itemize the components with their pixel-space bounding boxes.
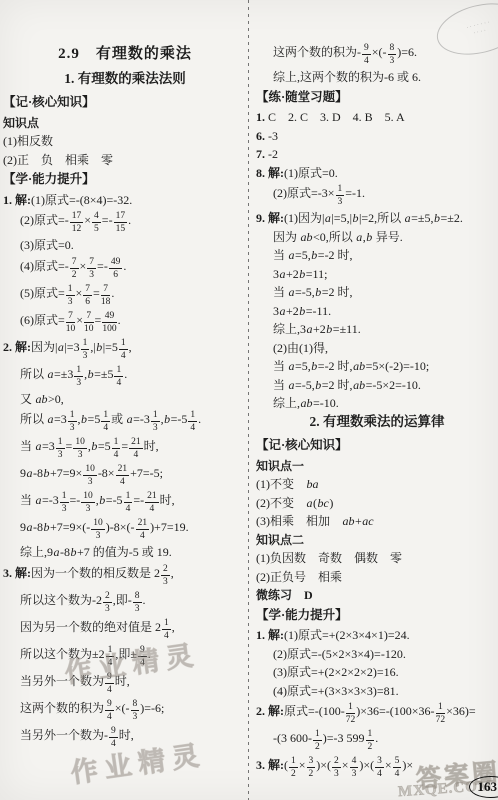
text-line: 1. 解:(1)原式=+(2×3×4×1)=24. — [256, 627, 498, 644]
text-line: (2)正负号 相乘 — [256, 569, 498, 586]
text-line: (5)原式=13×76=718. — [20, 283, 247, 308]
fraction: 214 — [145, 491, 159, 514]
text-line: (2)不变 a(bc) — [256, 495, 498, 512]
column-divider — [248, 0, 249, 800]
fraction: 94 — [109, 726, 118, 749]
text-line: 6. -3 — [256, 128, 498, 145]
text-line: 这两个数的积为94×(-83)=-6; — [20, 698, 247, 723]
item-number: 2. 解: — [256, 704, 284, 718]
fraction: 103 — [81, 491, 95, 514]
text-line: (2)原式=-(5×2×3×4)=-120. — [273, 646, 498, 663]
fraction: 14 — [124, 491, 133, 514]
text-line: 当 a=313=103,b=514=214时, — [20, 436, 247, 461]
fraction: 43 — [350, 756, 359, 779]
text-line: 综上,9a-8b+7 的值为-5 或 19. — [20, 544, 247, 561]
fraction: 13 — [56, 437, 65, 460]
text-line: (4)原式=+(3×3×3×3)=81. — [273, 683, 498, 700]
text-line: (1)不变 ba — [256, 476, 498, 493]
fraction: 72 — [70, 257, 79, 280]
fraction: 83 — [131, 699, 140, 722]
item-number: 3. 解: — [3, 566, 31, 580]
text-line: 当 a=-5,b=2 时, — [273, 284, 498, 301]
fraction: 1715 — [114, 211, 128, 234]
text-line: -(3 600-12)=-3 59912. — [273, 728, 498, 753]
left-column: 2.9 有理数的乘法1. 有理数的乘法法则【记·核心知识】知识点(1)相反数(2… — [3, 0, 247, 752]
text-line: 9. 解:(1)因为|a|=5,|b|=2,所以 a=±5,b=±2. — [256, 210, 498, 227]
text-line: 3a+2b=-11. — [273, 303, 498, 320]
fraction: 23 — [103, 591, 112, 614]
fraction: 214 — [129, 437, 143, 460]
fraction: 12 — [313, 729, 322, 752]
text-line: 【练·随堂习题】 — [256, 89, 498, 106]
text-line: (2)原式=-1712×45=-1715. — [20, 210, 247, 235]
fraction: 13 — [66, 284, 75, 307]
fraction: 94 — [138, 645, 147, 668]
fraction: 14 — [162, 618, 171, 641]
text-line: 2.9 有理数的乘法 — [3, 46, 247, 63]
text-line: 所以这个数为±214,即±94. — [20, 644, 247, 669]
fraction: 172 — [346, 702, 356, 725]
fraction: 94 — [362, 43, 371, 66]
text-line: 1. 有理数的乘法法则 — [3, 71, 247, 88]
text-line: 当另外一个数为-94时, — [20, 725, 247, 750]
text-line: (6)原式=710×710=49100. — [20, 310, 247, 335]
item-number: 1. 解: — [3, 193, 31, 207]
fraction: 496 — [109, 257, 123, 280]
item-number: 1. 解: — [256, 628, 284, 642]
text-line: 当 a=-313=-103,b=-514=-214时, — [20, 490, 247, 515]
text-line: 8. 解:(1)原式=0. — [256, 165, 498, 182]
text-line: (1)负因数 奇数 偶数 零 — [256, 550, 498, 567]
text-line: (2)原式=-3×13=-1. — [273, 183, 498, 208]
fraction: 13 — [68, 410, 77, 433]
fraction: 23 — [332, 756, 341, 779]
item-number: 1. — [256, 110, 268, 124]
fraction: 94 — [105, 672, 114, 695]
text-line: 知识点一 — [256, 458, 498, 475]
text-line: 【学·能力提升】 — [3, 171, 247, 188]
fraction: 76 — [83, 284, 92, 307]
fraction: 103 — [73, 437, 87, 460]
fraction: 214 — [136, 518, 150, 541]
fraction: 710 — [66, 311, 76, 334]
item-number: 2. 解: — [3, 340, 31, 354]
item-number: 6. — [256, 129, 268, 143]
item-number: 3. 解: — [256, 758, 284, 772]
text-line: 当 a=5,b=-2 时,ab=5×(-2)=-10; — [273, 358, 498, 375]
text-line: 微练习 D — [256, 587, 498, 604]
text-line: 3a+2b=11; — [273, 266, 498, 283]
fraction: 1712 — [70, 211, 84, 234]
fraction: 14 — [188, 410, 197, 433]
fraction: 14 — [114, 365, 123, 388]
text-line: 1. 解:(1)原式=-(8×4)=-32. — [3, 192, 247, 209]
fraction: 172 — [436, 702, 446, 725]
fraction: 13 — [60, 491, 69, 514]
fraction: 13 — [74, 365, 83, 388]
text-line: 因为 ab<0,所以 a,b 异号. — [273, 229, 498, 246]
fraction: 13 — [336, 184, 345, 207]
fraction: 83 — [388, 43, 397, 66]
text-line: 【记·核心知识】 — [256, 437, 498, 454]
item-number: 8. 解: — [256, 166, 284, 180]
fraction: 49100 — [102, 311, 116, 334]
text-line: 2. 有理数乘法的运算律 — [256, 414, 498, 431]
fraction: 54 — [393, 756, 402, 779]
fraction: 23 — [161, 564, 170, 587]
text-line: 当 a=5,b=-2 时, — [273, 247, 498, 264]
text-line: 当另外一个数为94时, — [20, 671, 247, 696]
text-line: 2. 解:因为|a|=313,|b|=514, — [3, 337, 247, 362]
text-line: 知识点二 — [256, 532, 498, 549]
text-line: 3. 解:因为一个数的相反数是 223, — [3, 563, 247, 588]
fraction: 45 — [92, 211, 101, 234]
fraction: 13 — [81, 338, 90, 361]
fraction: 14 — [101, 410, 110, 433]
text-line: (3)相乘 相加 ab+ac — [256, 513, 498, 530]
text-line: 因为另一个数的绝对值是 214, — [20, 617, 247, 642]
text-line: 综上,这两个数的积为-6 或 6. — [273, 69, 498, 86]
fraction: 14 — [106, 645, 115, 668]
text-line: 综上,3a+2b=±11. — [273, 321, 498, 338]
fraction: 12 — [289, 756, 298, 779]
fraction: 34 — [375, 756, 384, 779]
text-line: 9a-8b+7=9×103-8×214+7=-5; — [20, 463, 247, 488]
text-line: 1. C 2. C 3. D 4. B 5. A — [256, 109, 498, 126]
answer-page: 2.9 有理数的乘法1. 有理数的乘法法则【记·核心知识】知识点(1)相反数(2… — [0, 0, 498, 800]
fraction: 83 — [133, 591, 142, 614]
fraction: 103 — [83, 464, 97, 487]
fraction: 73 — [87, 257, 96, 280]
text-line: (3)原式=+(2×2×2×2)=16. — [273, 664, 498, 681]
text-line: 所以这个数为-223,即-83. — [20, 590, 247, 615]
text-line: 所以 a=±313,b=±514. — [20, 364, 247, 389]
fraction: 103 — [91, 518, 105, 541]
text-line: 【学·能力提升】 — [256, 607, 498, 624]
fraction: 32 — [307, 756, 316, 779]
text-line: 这两个数的积为-94×(-83)=6. — [273, 42, 498, 67]
page-number: 163 — [469, 776, 498, 798]
item-number: 7. — [256, 147, 268, 161]
text-line: 知识点 — [3, 115, 247, 132]
text-line: 【记·核心知识】 — [3, 94, 247, 111]
fraction: 214 — [116, 464, 130, 487]
fraction: 12 — [366, 729, 375, 752]
fraction: 94 — [105, 699, 114, 722]
text-line: 3. 解:(12×32)×(23×43)×(34×54)× — [256, 755, 498, 780]
fraction: 14 — [112, 437, 121, 460]
fraction: 13 — [151, 410, 160, 433]
text-line: (4)原式=-72×73=-496. — [20, 256, 247, 281]
right-column: 这两个数的积为-94×(-83)=6.综上,这两个数的积为-6 或 6.【练·随… — [256, 0, 498, 782]
text-line: 9a-8b+7=9×(-103)-8×(-214)+7=19. — [20, 517, 247, 542]
text-line: (3)原式=0. — [20, 237, 247, 254]
text-line: 7. -2 — [256, 146, 498, 163]
text-line: (1)相反数 — [3, 133, 247, 150]
text-line: 2. 解:原式=-(100-172)×36=-(100×36-172×36)= — [256, 701, 498, 726]
text-line: 当 a=-5,b=2 时,ab=-5×2=-10. — [273, 377, 498, 394]
text-line: 又 ab>0, — [20, 391, 247, 408]
fraction: 710 — [84, 311, 94, 334]
fraction: 718 — [101, 284, 111, 307]
item-number: 9. 解: — [256, 211, 284, 225]
text-line: (2)由(1)得, — [273, 340, 498, 357]
fraction: 14 — [119, 338, 128, 361]
text-line: 综上,ab=-10. — [273, 395, 498, 412]
text-line: (2)正 负 相乘 零 — [3, 152, 247, 169]
text-line: 所以 a=313,b=514或 a=-313,b=-514. — [20, 409, 247, 434]
